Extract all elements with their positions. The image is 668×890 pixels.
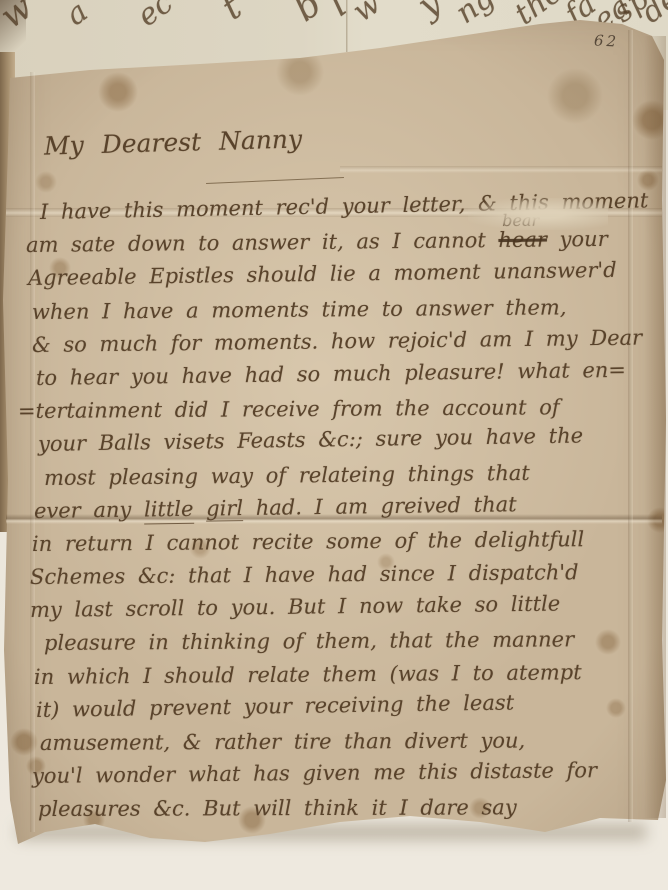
- line-text: ever any: [34, 497, 144, 523]
- letter-line: Agreeable Epistles should lie a moment u…: [28, 254, 648, 296]
- letter-line: you'l wonder what has given me this dist…: [32, 754, 648, 794]
- handwriting-fragment: a: [59, 0, 94, 33]
- letter-line: pleasures &c. But will think it I dare s…: [38, 791, 648, 826]
- photograph-of-letter: w a ec t b l w y ng the fa ea sp de 62 M…: [0, 0, 668, 890]
- underlined-word: girl: [206, 496, 243, 522]
- handwriting-fragment: y: [410, 0, 449, 26]
- sheet-seam: [346, 0, 349, 52]
- handwriting-fragment: ng: [449, 0, 501, 31]
- line-text: your: [547, 227, 608, 252]
- handwriting-fragment: t: [215, 0, 250, 28]
- line-text: had. I am greived that: [243, 492, 517, 520]
- abrasion-faded-ink-patch: [468, 198, 608, 230]
- underlined-word: little: [144, 496, 194, 524]
- handwriting-fragment: ec: [131, 0, 180, 34]
- handwriting-fragment: b: [286, 0, 329, 30]
- letter-line: my last scroll to you. But I now take so…: [30, 587, 648, 628]
- letter-line: in return I cannot recite some of the de…: [32, 523, 648, 562]
- line-text: am sate down to answer it, as I cannot: [26, 228, 499, 257]
- page-number: 62: [594, 31, 620, 50]
- struck-out-word: hearbear: [498, 228, 547, 253]
- letter-body: I have this moment rec'd your letter, & …: [26, 196, 648, 827]
- letter-line: pleasure in thinking of them, that the m…: [44, 623, 648, 660]
